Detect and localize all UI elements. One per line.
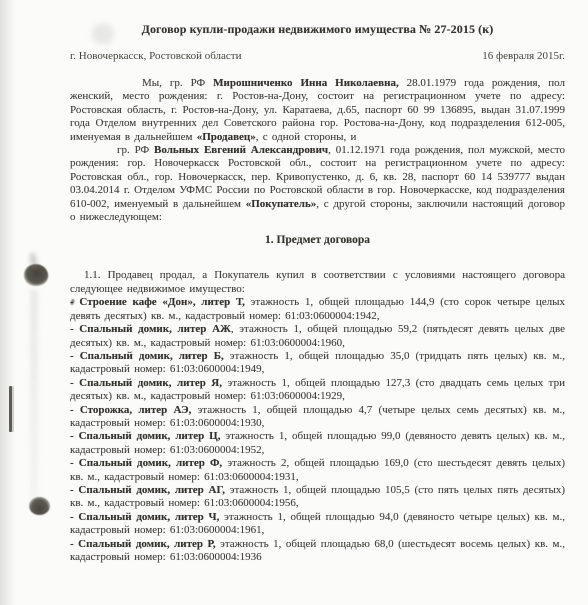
property-item: - Спальный домик, литер Б, этажность 1, … [70, 350, 565, 377]
buyer-paragraph: гр. РФ Вольных Евгений Александрович, 01… [70, 144, 565, 224]
property-name: - Спальный домик, литер АГ, [70, 484, 225, 496]
property-name: - Спальный домик, литер Я, [70, 377, 222, 389]
section-heading: 1. Предмет договора [70, 234, 565, 246]
seller-lead: Мы, гр. РФ [142, 77, 213, 89]
property-item: - Спальный домик, литер Ч, этажность 1, … [70, 511, 565, 538]
property-name: - Спальный домик, литер Ч, [70, 511, 219, 523]
property-name: - Спальный домик, литер Ц, [70, 430, 220, 442]
property-item: - Строение кафе «Дон», литер Т, этажност… [70, 296, 565, 323]
document-content: Договор купли-продажи недвижимого имущес… [0, 0, 588, 564]
dateline: г. Новочеркасск, Ростовской области 16 ф… [70, 50, 565, 62]
property-item: - Спальный домик, литер Ц, этажность 1, … [70, 430, 565, 457]
property-item: - Спальный домик, литер Ф, этажность 2, … [70, 457, 565, 484]
seller-paragraph: Мы, гр. РФ Мирошниченко Инна Николаевна,… [70, 77, 565, 144]
seller-name: Мирошниченко Инна Николаевна, [213, 77, 399, 89]
property-name: - Спальный домик, литер Р, [70, 538, 216, 550]
date-label: 16 февраля 2015г. [482, 50, 565, 62]
place-label: г. Новочеркасск, Ростовской области [70, 50, 242, 62]
property-item: - Спальный домик, литер АЖ, этажность 1,… [70, 323, 565, 350]
property-name: - Спальный домик, литер АЖ [70, 323, 231, 335]
property-name: - Строение кафе «Дон», литер Т, [70, 296, 245, 308]
property-item: - Спальный домик, литер АГ, этажность 1,… [70, 484, 565, 511]
property-item: - Сторожка, литер АЭ, этажность 1, общей… [70, 404, 565, 431]
buyer-alias: «Покупатель» [246, 198, 317, 210]
property-name: - Сторожка, литер АЭ, [70, 404, 191, 416]
property-item: - Спальный домик, литер Я, этажность 1, … [70, 377, 565, 404]
seller-alias: «Продавец» [197, 131, 256, 143]
clause-1-1: 1.1. Продавец продал, а Покупатель купил… [70, 269, 565, 296]
document-title: Договор купли-продажи недвижимого имущес… [70, 22, 565, 37]
property-name: - Спальный домик, литер Ф, [70, 457, 222, 469]
property-name: - Спальный домик, литер Б, [70, 350, 224, 362]
property-item: - Спальный домик, литер Р, этажность 1, … [70, 538, 565, 565]
scanned-contract-page: Договор купли-продажи недвижимого имущес… [0, 0, 588, 605]
buyer-lead: гр. РФ [117, 144, 154, 156]
seller-tail: , с одной стороны, и [256, 131, 357, 143]
buyer-name: Вольных Евгений Александрович [154, 144, 328, 156]
